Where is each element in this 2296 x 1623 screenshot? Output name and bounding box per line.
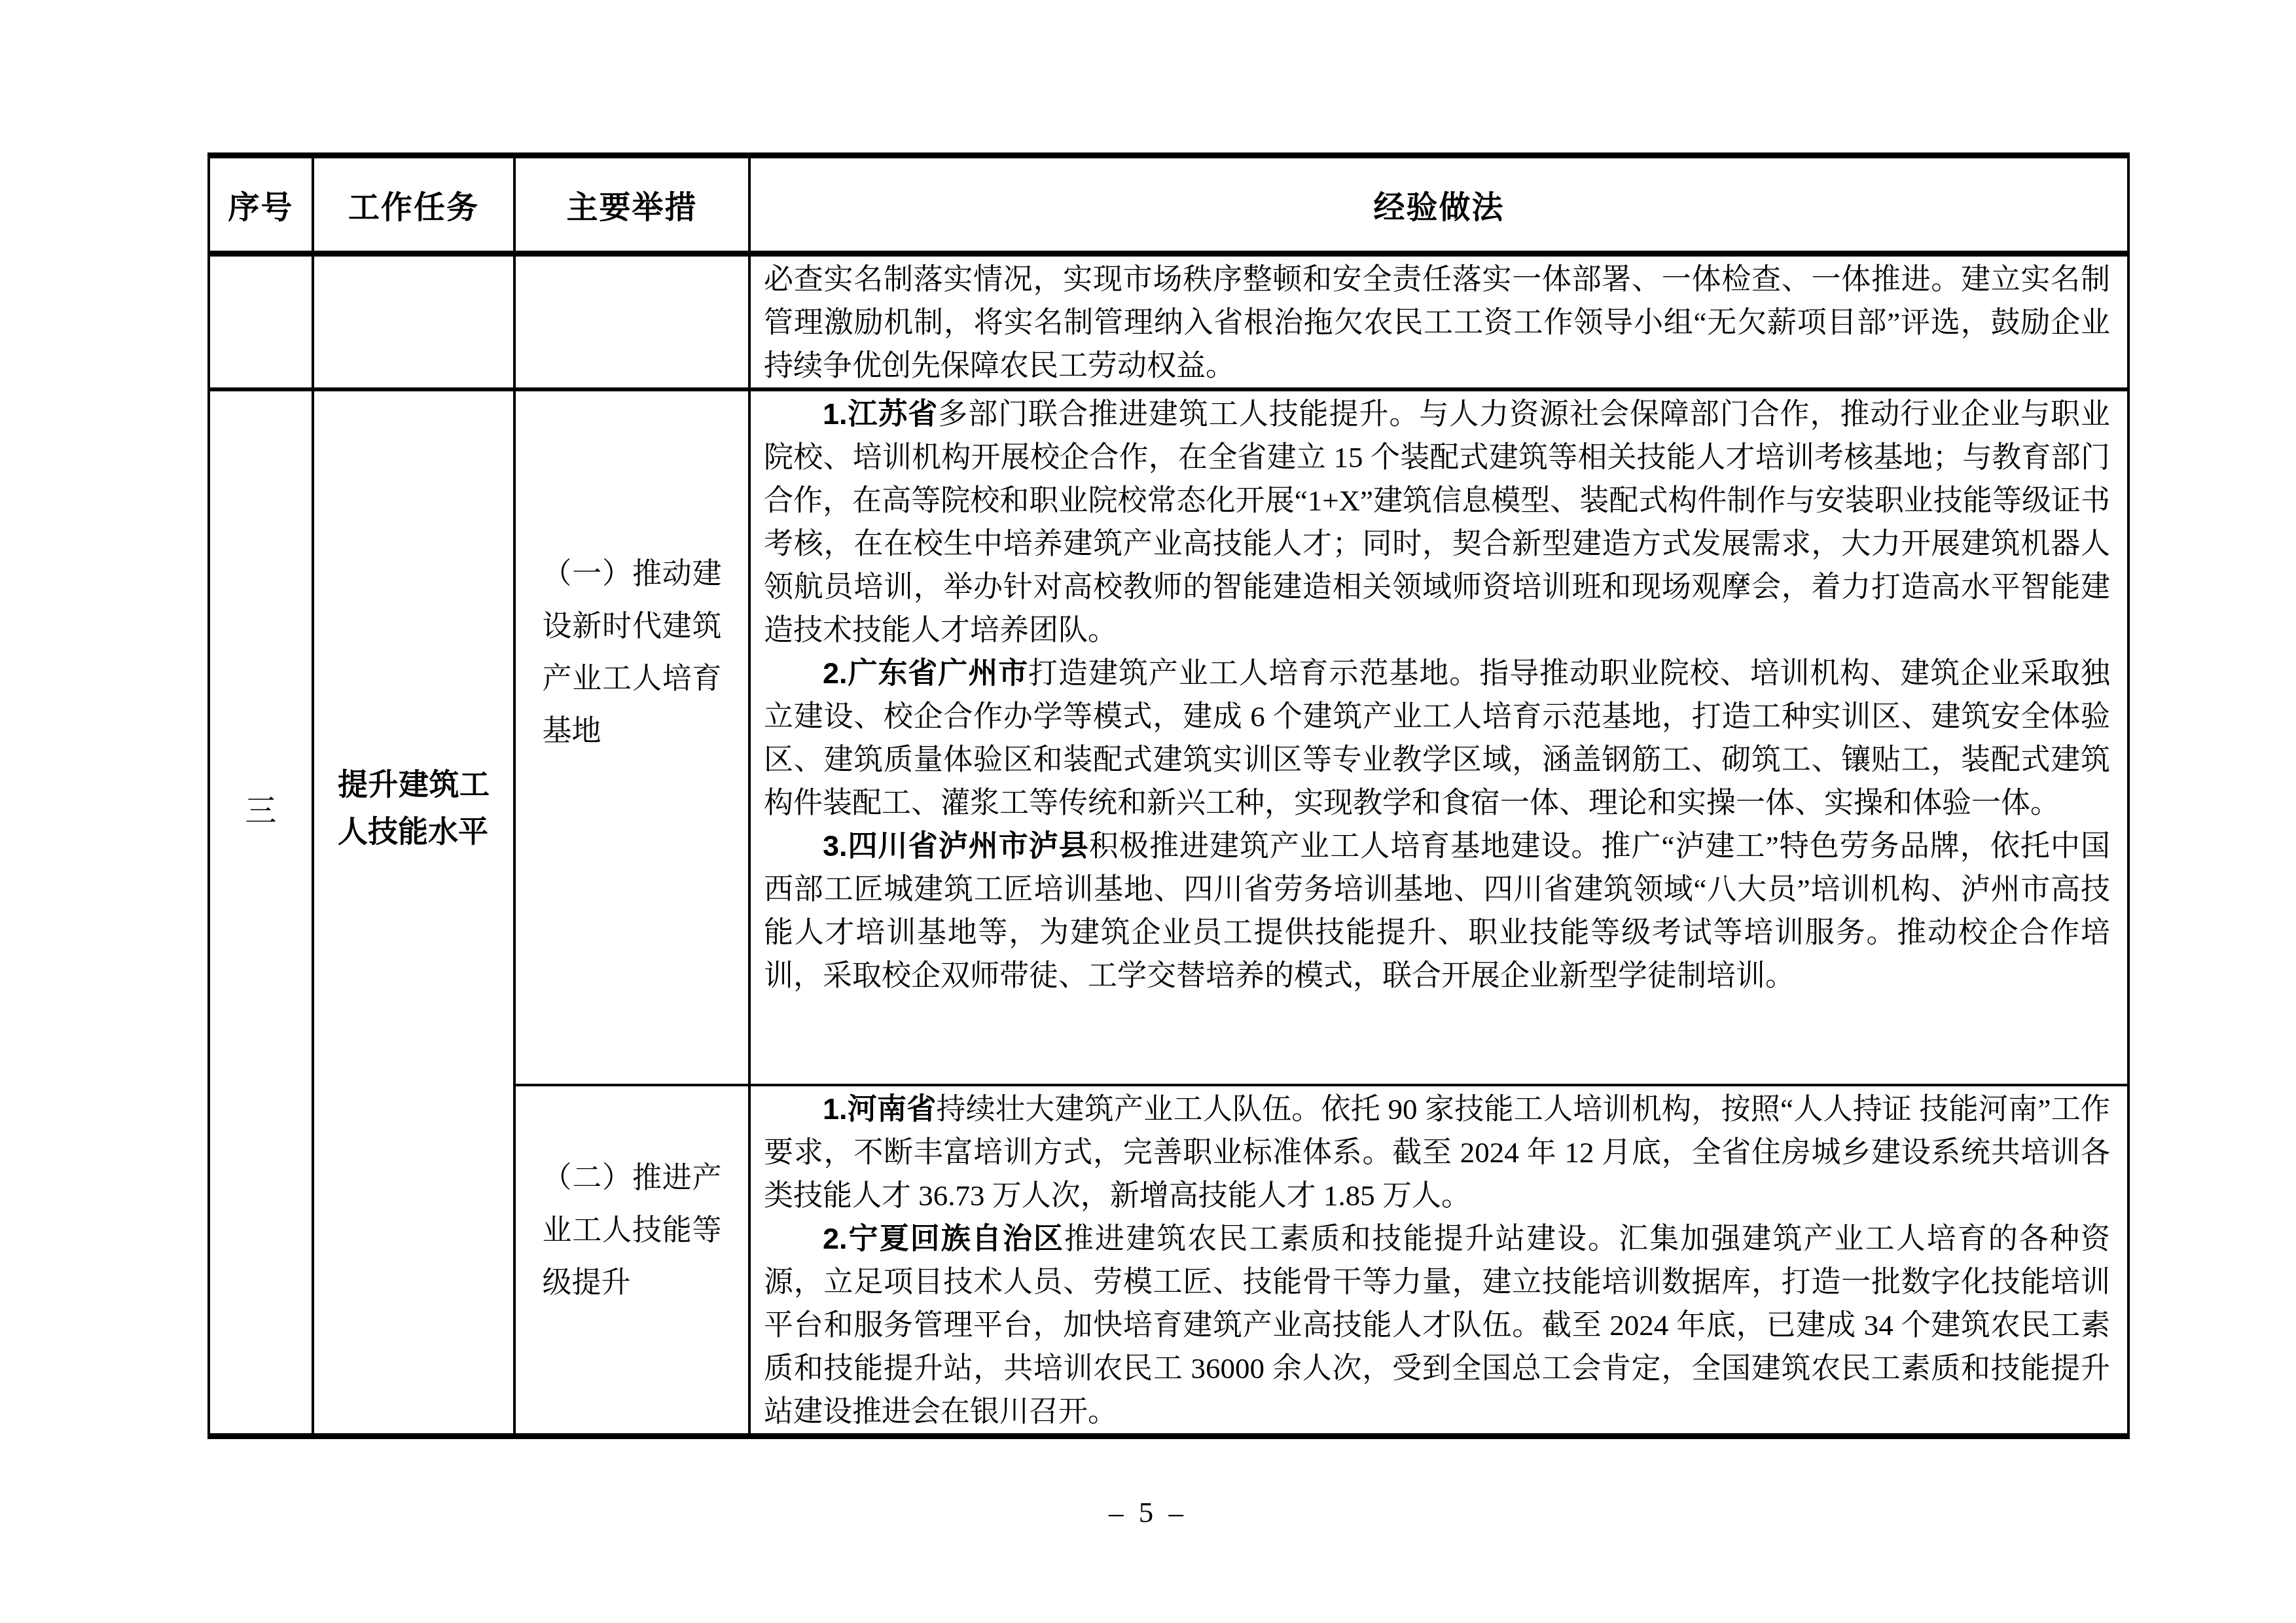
page-number: – 5 – <box>0 1495 2296 1529</box>
experience-paragraph: 1.河南省持续壮大建筑产业工人队伍。依托 90 家技能工人培训机构，按照“人人持… <box>764 1088 2110 1217</box>
document-page: 序号 工作任务 主要举措 经验做法 必查实名制落实情况，实现市场秩序整顿和安全责… <box>0 0 2296 1623</box>
paragraph-lead: 2.宁夏回族自治区 <box>823 1222 1064 1255</box>
experience-paragraph: 2.广东省广州市打造建筑产业工人培育示范基地。指导推动职业院校、培训机构、建筑企… <box>764 652 2110 825</box>
experience-paragraph: 2.宁夏回族自治区推进建筑农民工素质和技能提升站建设。汇集加强建筑产业工人培育的… <box>764 1217 2110 1433</box>
paragraph-body: 多部门联合推进建筑工人技能提升。与人力资源社会保障部门合作，推动行业企业与职业院… <box>764 398 2110 647</box>
paragraph-lead: 1.江苏省 <box>823 397 938 431</box>
measure-cell-2: （二）推进产业工人技能等级提升 <box>514 1085 749 1436</box>
serial-number: 三 <box>245 794 276 829</box>
experience-cell-2: 1.河南省持续壮大建筑产业工人队伍。依托 90 家技能工人培训机构，按照“人人持… <box>749 1085 2128 1436</box>
experience-cell-1: 1.江苏省多部门联合推进建筑工人技能提升。与人力资源社会保障部门合作，推动行业企… <box>749 389 2128 1085</box>
header-measures: 主要举措 <box>514 156 749 254</box>
continuation-experience-cell: 必查实名制落实情况，实现市场秩序整顿和安全责任落实一体部署、一体检查、一体推进。… <box>749 254 2128 390</box>
continuation-paragraph: 必查实名制落实情况，实现市场秩序整顿和安全责任落实一体部署、一体检查、一体推进。… <box>764 258 2110 387</box>
paragraph-lead: 3.四川省泸州市泸县 <box>823 829 1089 863</box>
measure-label-1: （一）推动建设新时代建筑产业工人培育基地 <box>543 548 722 757</box>
header-experience: 经验做法 <box>749 156 2128 254</box>
serial-cell: 三 <box>209 389 313 1436</box>
empty-measure-cell <box>514 254 749 390</box>
continuation-row: 必查实名制落实情况，实现市场秩序整顿和安全责任落实一体部署、一体检查、一体推进。… <box>209 254 2128 390</box>
paragraph-body: 持续壮大建筑产业工人队伍。依托 90 家技能工人培训机构，按照“人人持证 技能河… <box>764 1093 2110 1212</box>
paragraph-lead: 1.河南省 <box>823 1092 937 1126</box>
header-task: 工作任务 <box>313 156 514 254</box>
paragraph-lead: 2.广东省广州市 <box>823 656 1028 690</box>
section-row-group1: 三 提升建筑工人技能水平 （一）推动建设新时代建筑产业工人培育基地 1.江苏省多… <box>209 389 2128 1085</box>
task-cell: 提升建筑工人技能水平 <box>313 389 514 1436</box>
table-header-row: 序号 工作任务 主要举措 经验做法 <box>209 156 2128 254</box>
empty-serial-cell <box>209 254 313 390</box>
experience-paragraph: 3.四川省泸州市泸县积极推进建筑产业工人培育基地建设。推广“泸建工”特色劳务品牌… <box>764 825 2110 997</box>
empty-task-cell <box>313 254 514 390</box>
header-serial: 序号 <box>209 156 313 254</box>
task-label: 提升建筑工人技能水平 <box>338 760 490 855</box>
work-task-table: 序号 工作任务 主要举措 经验做法 必查实名制落实情况，实现市场秩序整顿和安全责… <box>207 152 2130 1439</box>
measure-cell-1: （一）推动建设新时代建筑产业工人培育基地 <box>514 389 749 1085</box>
measure-label-2: （二）推进产业工人技能等级提升 <box>543 1152 722 1309</box>
experience-paragraph: 1.江苏省多部门联合推进建筑工人技能提升。与人力资源社会保障部门合作，推动行业企… <box>764 393 2110 652</box>
